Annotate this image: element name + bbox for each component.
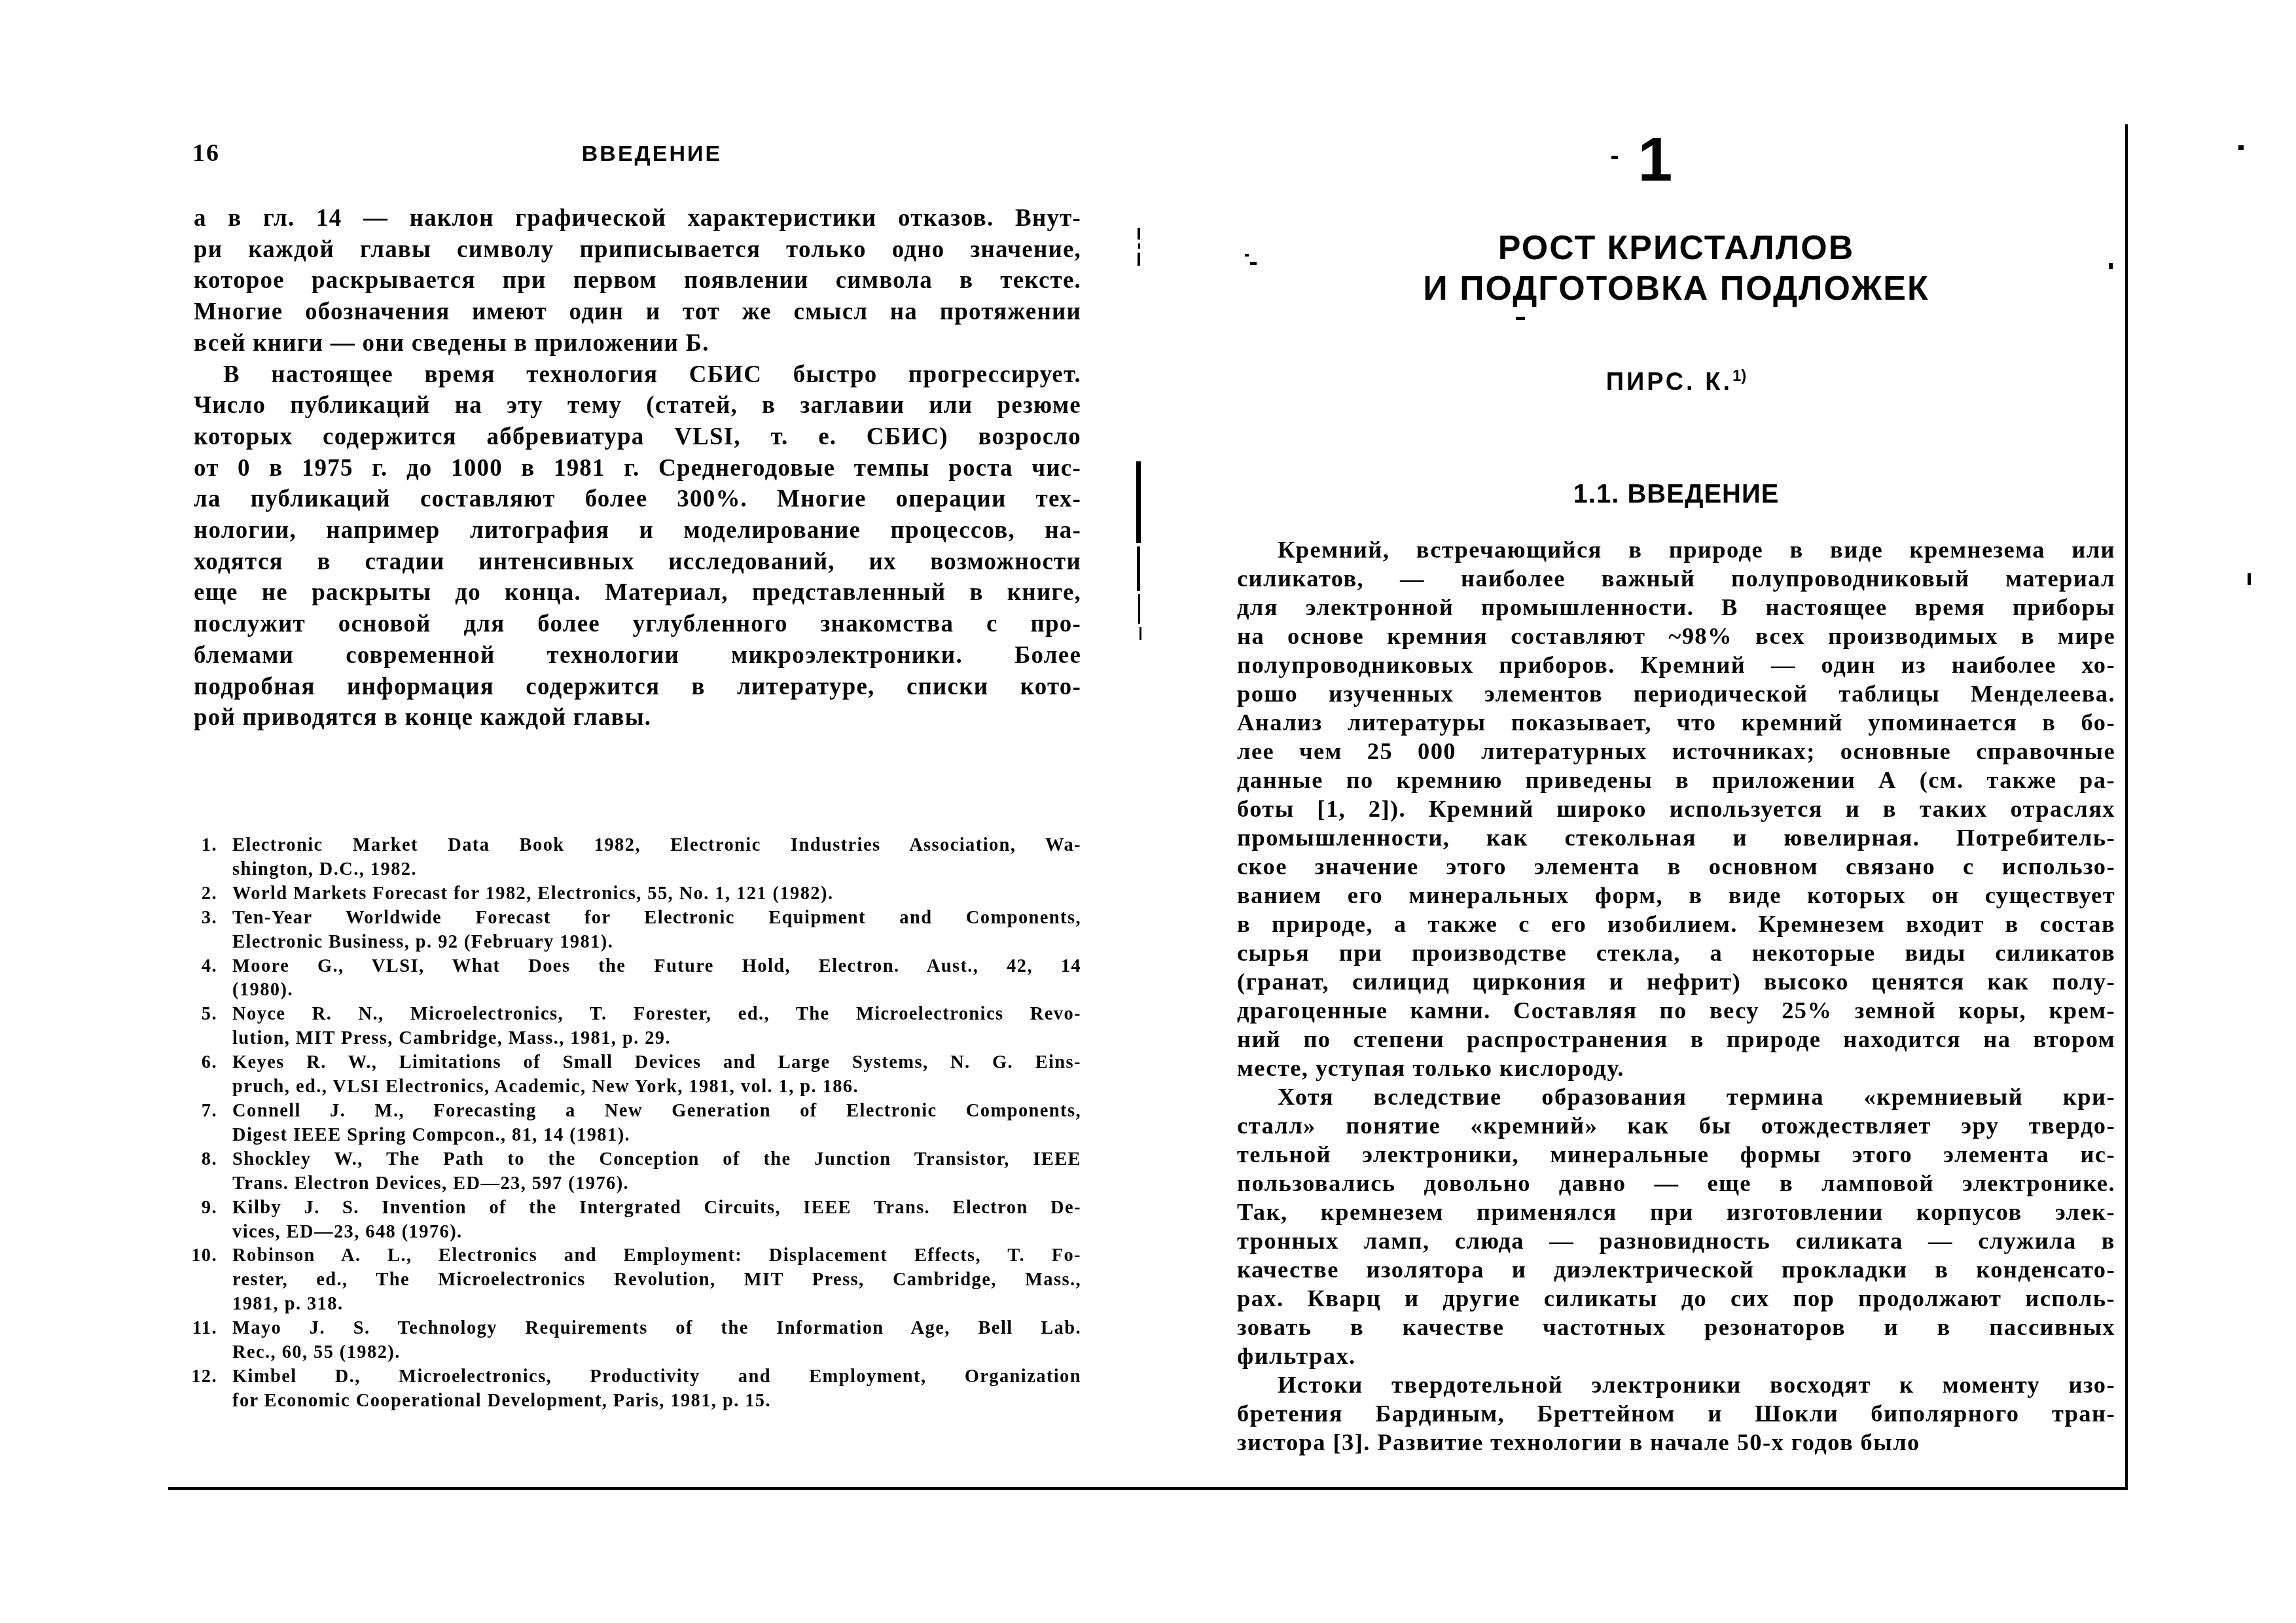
scan-mark [1138,253,1140,266]
scan-speck [2248,573,2251,585]
text-line: подробная информация содержится в литера… [194,671,1081,703]
chapter-title-line: РОСТ КРИСТАЛЛОВ [1237,228,2115,268]
text-line: Mayo J. S. Technology Requirements of th… [232,1317,1081,1341]
reference-text: Robinson A. L., Electronics and Employme… [232,1244,1081,1317]
text-line: данные по кремнию приведены в приложении… [1237,766,2115,794]
text-line: Rec., 60, 55 (1982). [232,1341,1081,1365]
paragraph: Хотя вследствие образования термина «кре… [1237,1082,2115,1370]
text-line: лее чем 25 000 литературных источниках; … [1237,737,2115,766]
text-line: фильтрах. [1237,1342,2115,1370]
scan-mark [1138,228,1140,240]
text-line: сталл» понятие «кремний» как бы отождест… [1237,1111,2115,1140]
author-footnote-mark: 1) [1732,367,1746,385]
chapter-number: 1 [1237,129,2115,191]
text-line: ри каждой главы символу приписывается то… [194,234,1081,266]
text-line: Keyes R. W., Limitations of Small Device… [232,1051,1081,1075]
reference-text: Noyce R. N., Microelectronics, T. Forest… [232,1003,1081,1051]
text-line: которых содержится аббревиатура VLSI, т.… [194,421,1081,453]
reference-number: 6. [177,1051,217,1075]
text-line: Robinson A. L., Electronics and Employme… [232,1244,1081,1268]
text-line: рой приводятся в конце каждой главы. [194,702,1081,734]
scan-speck [1611,156,1618,159]
text-line: от 0 в 1975 г. до 1000 в 1981 г. Среднег… [194,453,1081,484]
text-line: рах. Кварц и другие силикаты до сих пор … [1237,1284,2115,1313]
paragraph: Истоки твердотельной электроники восходя… [1237,1370,2115,1457]
reference-number: 12. [177,1365,217,1389]
text-line: боты [1, 2]). Кремний широко используетс… [1237,794,2115,823]
right-page-body: Кремний, встречающийся в природе в виде … [1237,535,2115,1457]
text-line: полупроводниковых приборов. Кремний — од… [1237,651,2115,679]
text-line: Хотя вследствие образования термина «кре… [1237,1082,2115,1111]
text-line: рошо изученных элементов периодической т… [1237,679,2115,708]
text-line: месте, уступая только кислороду. [1237,1054,2115,1082]
text-line: Kilby J. S. Invention of the Intergrated… [232,1196,1081,1221]
text-line: зовать в качестве частотных резонаторов … [1237,1313,2115,1342]
text-line: Ten-Year Worldwide Forecast for Electron… [232,906,1081,931]
text-line: драгоценные камни. Составляя по весу 25%… [1237,996,2115,1025]
scan-mark [1137,546,1140,591]
reference-text: Shockley W., The Path to the Conception … [232,1148,1081,1196]
reference-number: 11. [177,1317,217,1341]
reference-item: 8.Shockley W., The Path to the Conceptio… [177,1148,1081,1196]
text-line: Shockley W., The Path to the Conception … [232,1148,1081,1172]
text-line: (1980). [232,978,1081,1003]
reference-number: 5. [177,1003,217,1027]
left-page-body: а в гл. 14 — наклон графической характер… [194,203,1081,734]
text-line: Многие обозначения имеют один и тот же с… [194,296,1081,328]
text-line: lution, MIT Press, Cambridge, Mass., 198… [232,1027,1081,1051]
text-line: Истоки твердотельной электроники восходя… [1237,1370,2115,1399]
text-line: ний по степени распространения в природе… [1237,1025,2115,1054]
text-line: пользовались довольно давно — еще в ламп… [1237,1169,2115,1198]
chapter-title-line: И ПОДГОТОВКА ПОДЛОЖЕК [1237,268,2115,309]
text-line: блемами современной технологии микроэлек… [194,640,1081,671]
reference-number: 10. [177,1244,217,1268]
text-line: которое раскрывается при первом появлени… [194,265,1081,296]
reference-text: Moore G., VLSI, What Does the Future Hol… [232,955,1081,1003]
reference-item: 10.Robinson A. L., Electronics and Emplo… [177,1244,1081,1317]
reference-list: 1.Electronic Market Data Book 1982, Elec… [177,834,1081,1414]
reference-number: 8. [177,1148,217,1172]
scan-mark [1136,461,1141,543]
reference-item: 7.Connell J. M., Forecasting a New Gener… [177,1099,1081,1148]
text-line: rester, ed., The Microelectronics Revolu… [232,1268,1081,1293]
reference-item: 2.World Markets Forecast for 1982, Elect… [177,882,1081,906]
reference-item: 6.Keyes R. W., Limitations of Small Devi… [177,1051,1081,1099]
reference-item: 9.Kilby J. S. Invention of the Intergrat… [177,1196,1081,1245]
text-line: в природе, а также с его изобилием. Крем… [1237,910,2115,938]
book-scan-spread: 16 ВВЕДЕНИЕ а в гл. 14 — наклон графичес… [0,0,2296,1623]
text-line: Electronic Market Data Book 1982, Electr… [232,834,1081,858]
text-line: Electronic Business, p. 92 (February 198… [232,931,1081,955]
text-line: Кремний, встречающийся в природе в виде … [1237,535,2115,564]
reference-number: 4. [177,955,217,979]
text-line: сырья при производстве стекла, а некотор… [1237,938,2115,967]
reference-item: 12.Kimbel D., Microelectronics, Producti… [177,1365,1081,1414]
reference-number: 1. [177,834,217,858]
running-head: ВВЕДЕНИЕ [194,141,1110,167]
text-line: В настоящее время технология СБИС быстро… [194,359,1081,391]
reference-text: Electronic Market Data Book 1982, Electr… [232,834,1081,882]
text-line: Noyce R. N., Microelectronics, T. Forest… [232,1003,1081,1027]
text-line: Trans. Electron Devices, ED—23, 597 (197… [232,1172,1081,1196]
reference-number: 2. [177,882,217,906]
reference-text: Mayo J. S. Technology Requirements of th… [232,1317,1081,1365]
reference-text: Connell J. M., Forecasting a New Generat… [232,1099,1081,1148]
reference-text: Ten-Year Worldwide Forecast for Electron… [232,906,1081,955]
text-line: всей книги — они сведены в приложении Б. [194,328,1081,359]
text-line: shington, D.C., 1982. [232,858,1081,882]
reference-number: 3. [177,906,217,931]
text-line: vices, ED—23, 648 (1976). [232,1221,1081,1245]
text-line: ское значение этого элемента в основном … [1237,852,2115,881]
page-edge-line-vertical [2125,124,2128,1489]
text-line: Анализ литературы показывает, что кремни… [1237,708,2115,737]
text-line: промышленности, как стекольная и ювелирн… [1237,823,2115,852]
text-line: тронных ламп, слюда — разновидность сили… [1237,1226,2115,1255]
reference-text: Kimbel D., Microelectronics, Productivit… [232,1365,1081,1414]
text-line: Так, кремнезем применялся при изготовлен… [1237,1198,2115,1226]
scan-speck [1245,254,1249,257]
text-line: Moore G., VLSI, What Does the Future Hol… [232,955,1081,979]
text-line: силикатов, — наиболее важный полупроводн… [1237,564,2115,593]
section-heading: 1.1. ВВЕДЕНИЕ [1237,478,2115,510]
text-line: ходятся в стадии интенсивных исследовани… [194,546,1081,578]
reference-item: 4.Moore G., VLSI, What Does the Future H… [177,955,1081,1003]
reference-text: World Markets Forecast for 1982, Electro… [232,882,1081,906]
paragraph: а в гл. 14 — наклон графической характер… [194,203,1081,359]
scan-speck [2238,145,2244,150]
reference-number: 7. [177,1099,217,1124]
text-line: (гранат, силицид циркония и нефрит) высо… [1237,967,2115,996]
text-line: for Economic Cooperational Development, … [232,1389,1081,1414]
scan-mark [1138,594,1140,624]
author-name: ПИРС. К. [1606,368,1732,396]
reference-item: 5.Noyce R. N., Microelectronics, T. Fore… [177,1003,1081,1051]
text-line: тельной электроники, минеральные формы э… [1237,1140,2115,1169]
paragraph: В настоящее время технология СБИС быстро… [194,359,1081,734]
reference-item: 11.Mayo J. S. Technology Requirements of… [177,1317,1081,1365]
text-line: pruch, ed., VLSI Electronics, Academic, … [232,1075,1081,1099]
text-line: а в гл. 14 — наклон графической характер… [194,203,1081,234]
text-line: ла публикаций составляют более 300%. Мно… [194,484,1081,515]
text-line: еще не раскрыты до конца. Материал, пред… [194,577,1081,609]
scan-mark [1138,243,1140,249]
scan-mark [1139,627,1141,640]
chapter-title: РОСТ КРИСТАЛЛОВ И ПОДГОТОВКА ПОДЛОЖЕК [1237,228,2115,309]
text-line: нологии, например литография и моделиров… [194,515,1081,546]
text-line: Connell J. M., Forecasting a New Generat… [232,1099,1081,1124]
reference-item: 3.Ten-Year Worldwide Forecast for Electr… [177,906,1081,955]
text-line: Kimbel D., Microelectronics, Productivit… [232,1365,1081,1389]
text-line: зистора [3]. Развитие технологии в начал… [1237,1428,2115,1457]
reference-item: 1.Electronic Market Data Book 1982, Elec… [177,834,1081,882]
text-line: послужит основой для более углубленного … [194,609,1081,640]
text-line: бретения Бардиным, Бреттейном и Шокли би… [1237,1399,2115,1428]
text-line: World Markets Forecast for 1982, Electro… [232,882,1081,906]
scan-speck [1250,262,1257,265]
reference-text: Keyes R. W., Limitations of Small Device… [232,1051,1081,1099]
text-line: для электронной промышленности. В настоя… [1237,593,2115,622]
paragraph: Кремний, встречающийся в природе в виде … [1237,535,2115,1082]
reference-text: Kilby J. S. Invention of the Intergrated… [232,1196,1081,1245]
text-line: ванием его минеральных форм, в виде кото… [1237,881,2115,910]
scan-speck [2109,263,2113,269]
title-underline-dash [1516,317,1525,320]
reference-number: 9. [177,1196,217,1221]
text-line: 1981, p. 318. [232,1293,1081,1317]
text-line: Число публикаций на эту тему (статей, в … [194,390,1081,421]
page-edge-line-horizontal [168,1487,2128,1490]
text-line: на основе кремния составляют ~98% всех п… [1237,622,2115,651]
text-line: качестве изолятора и диэлектрической про… [1237,1255,2115,1284]
text-line: Digest IEEE Spring Compcon., 81, 14 (198… [232,1124,1081,1148]
chapter-author: ПИРС. К.1) [1237,361,2115,397]
